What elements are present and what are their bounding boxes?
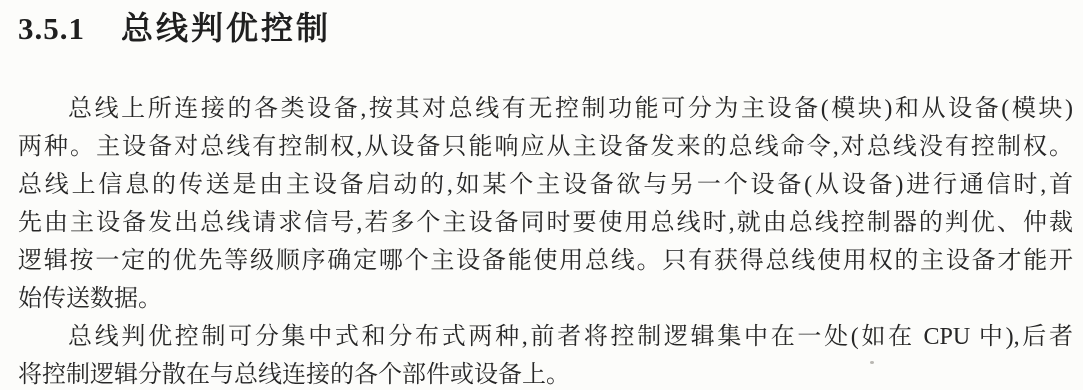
text-line: 将控制逻辑分散在与总线连接的各个部件或设备上。: [18, 356, 1073, 390]
text-line: 总线判优控制可分集中式和分布式两种,前者将控制逻辑集中在一处(如在 CPU 中)…: [18, 318, 1073, 356]
text-line: 始传送数据。: [18, 280, 1073, 318]
text-line: 两种。主设备对总线有控制权,从设备只能响应从主设备发来的总线命令,对总线没有控制…: [18, 128, 1073, 166]
scan-speck: [870, 361, 874, 364]
text-line: 总线上信息的传送是由主设备启动的,如某个主设备欲与另一个设备(从设备)进行通信时…: [18, 166, 1073, 204]
section-heading: 3.5.1 总线判优控制: [0, 0, 1083, 52]
section-number: 3.5.1: [18, 11, 85, 46]
text-line: 逻辑按一定的优先等级顺序确定哪个主设备能使用总线。只有获得总线使用权的主设备才能…: [18, 242, 1073, 280]
section-title: 总线判优控制: [121, 10, 331, 46]
text-line: 总线上所连接的各类设备,按其对总线有无控制功能可分为主设备(模块)和从设备(模块…: [18, 90, 1073, 128]
paragraph-2: 总线判优控制可分集中式和分布式两种,前者将控制逻辑集中在一处(如在 CPU 中)…: [0, 318, 1083, 390]
document-page: 3.5.1 总线判优控制 总线上所连接的各类设备,按其对总线有无控制功能可分为主…: [0, 0, 1083, 390]
paragraph-1: 总线上所连接的各类设备,按其对总线有无控制功能可分为主设备(模块)和从设备(模块…: [0, 90, 1083, 318]
text-line: 先由主设备发出总线请求信号,若多个主设备同时要使用总线时,就由总线控制器的判优、…: [18, 204, 1073, 242]
scan-speck: [638, 118, 641, 120]
